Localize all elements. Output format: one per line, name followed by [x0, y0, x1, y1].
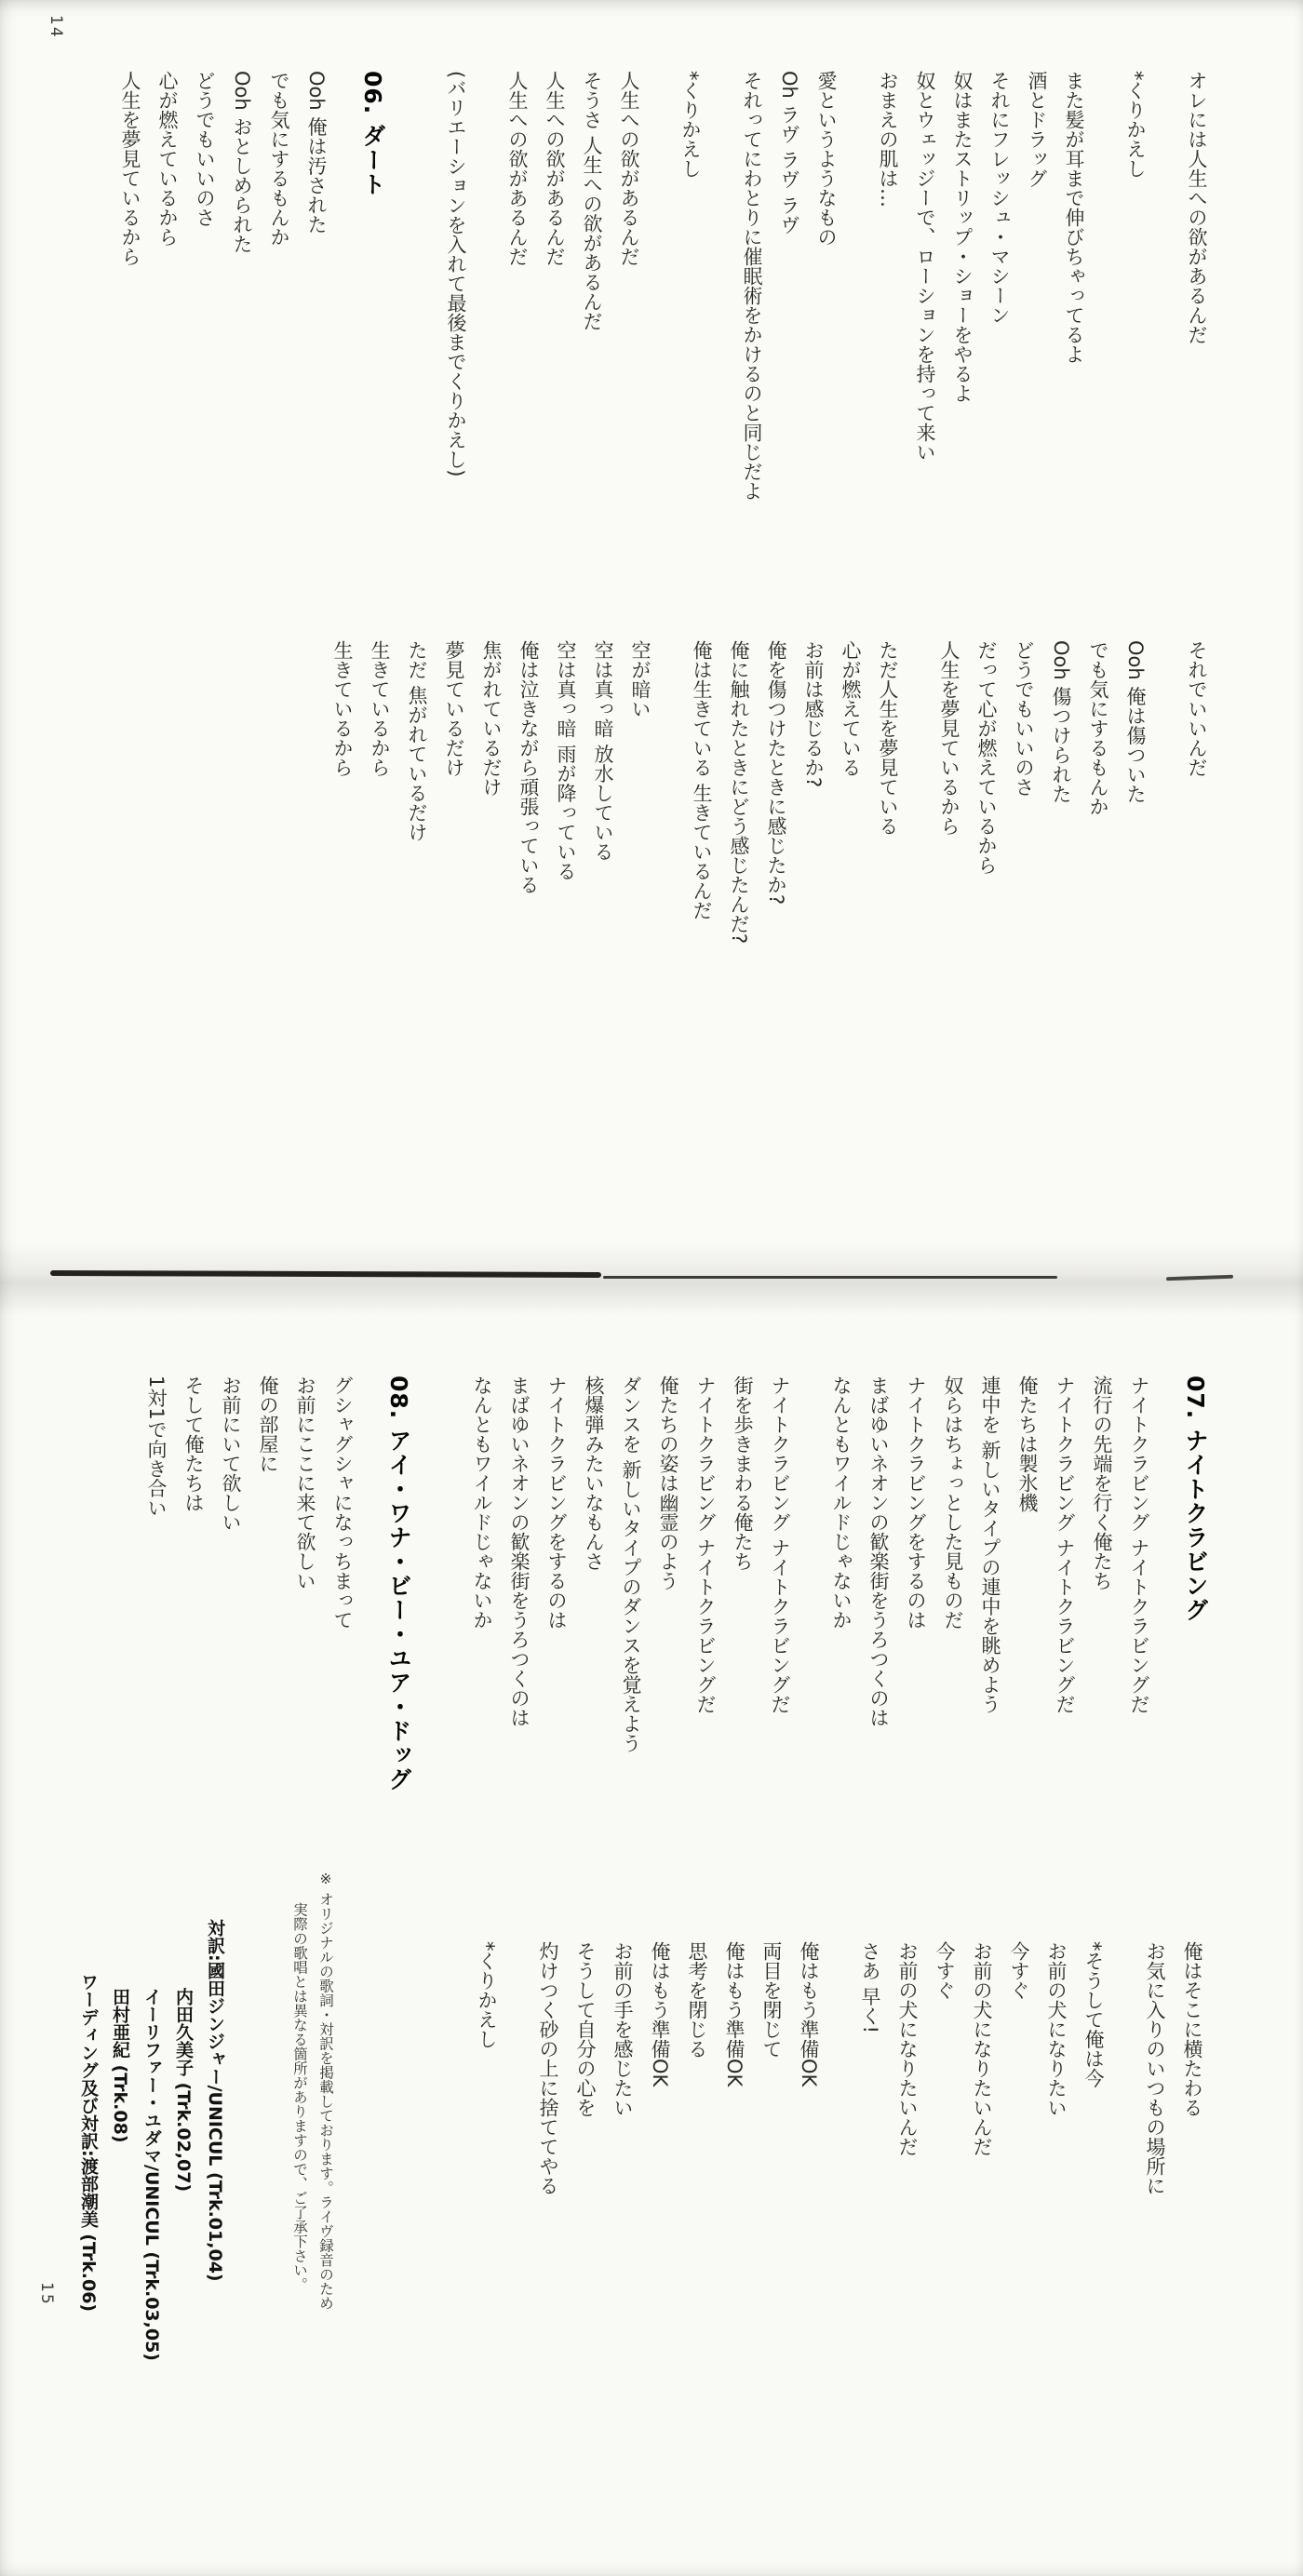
lyric-line: *くりかえし — [1117, 71, 1154, 501]
lyric-line: お前にいて欲しい — [212, 1375, 249, 1791]
lyric-line: それにフレッシュ・マシーン — [981, 71, 1018, 501]
lyric-line: 心が燃えているから — [149, 71, 186, 501]
lyric-line: ※ オリジナルの歌詞・対訳を掲載しております。ライヴ録音のため — [313, 1871, 339, 2310]
translation-credits: 対訳:國田ジンジャー/UNICUL (Trk.01,04)内田久美子 (Trk.… — [73, 1919, 231, 2361]
lyric-line: 心が燃えている — [832, 640, 869, 944]
lyric-line: 両目を閉じて — [753, 1941, 790, 2195]
page-fold-shadow — [0, 1241, 1303, 1316]
lyric-line: イーリファー・ユダマ/UNICUL (Trk.03,05) — [136, 1988, 168, 2361]
lyric-line: 俺はもう準備OK — [641, 1941, 678, 2195]
lyric-line: 人生を夢見ているから — [931, 640, 968, 944]
lyric-line: 人生への欲があるんだ — [611, 71, 648, 501]
lyric-line: 空は真っ暗 放水している — [584, 640, 622, 944]
lyric-line: そして俺たちは — [175, 1375, 212, 1791]
lyric-line: まばゆいネオンの歓楽街をうろつくのは — [501, 1375, 538, 1791]
lyric-line: お前の犬になりたいんだ — [963, 1941, 1001, 2195]
lyric-line: 対訳:國田ジンジャー/UNICUL (Trk.01,04) — [199, 1919, 231, 2361]
lyric-line: でも気にするもんか — [1080, 640, 1117, 944]
lyric-line: そうして自分の心を — [567, 1941, 604, 2195]
lyric-line: グシャグシャになっちまって — [324, 1375, 361, 1791]
lyric-line: 思考を閉じる — [678, 1941, 716, 2195]
lyric-line: お前の犬になりたいんだ — [889, 1941, 926, 2195]
lyric-line: Ooh おとしめられた — [223, 71, 261, 501]
lyric-line: 人生への欲があるんだ — [499, 71, 536, 501]
lyrics-band-track07-08: 07. ナイトクラビングナイトクラビング ナイトクラビングだ流行の先端を行く俺た… — [138, 1375, 1216, 1791]
lyric-line: そうさ 人生への欲があるんだ — [573, 71, 611, 501]
lyric-line: 酒とドラッグ — [1018, 71, 1055, 501]
lyric-line: 俺はそこに横たわる — [1174, 1941, 1211, 2195]
page-number-15: 15 — [37, 2282, 56, 2306]
lyric-line: ナイトクラビング ナイトクラビングだ — [761, 1375, 799, 1791]
lyric-line: 愛というようなもの — [808, 71, 845, 501]
lyric-line: 今すぐ — [1001, 1941, 1038, 2195]
lyric-line: ナイトクラビング ナイトクラビングだ — [687, 1375, 724, 1791]
lyric-line: *くりかえし — [672, 71, 709, 501]
lyric-line: まばゆいネオンの歓楽街をうろつくのは — [860, 1375, 897, 1791]
lyric-line: ナイトクラビング ナイトクラビングだ — [1046, 1375, 1083, 1791]
lyric-line: 俺は生きている 生きているんだ — [683, 640, 720, 944]
lyric-line: どうでもいいのさ — [186, 71, 223, 501]
lyric-line: 今すぐ — [926, 1941, 963, 2195]
lyric-line: Ooh 俺は傷ついた — [1117, 640, 1154, 944]
lyric-line: 連中を 新しいタイプの連中を眺めよう — [972, 1375, 1009, 1791]
disclaimer-note: ※ オリジナルの歌詞・対訳を掲載しております。ライヴ録音のため実際の歌唱とは異な… — [287, 1871, 339, 2310]
lyric-line: それでいいんだ — [1178, 640, 1216, 944]
page-number-14: 14 — [47, 15, 65, 39]
lyric-line: なんともワイルドじゃないか — [823, 1375, 860, 1791]
lyric-line: Ooh 俺は汚された — [298, 71, 335, 501]
lyric-line: ナイトクラビング ナイトクラビングだ — [1121, 1375, 1158, 1791]
lyric-line: 俺を傷つけたときに感じたか? — [758, 640, 795, 944]
lyric-line: また髪が耳まで伸びちゃってるよ — [1055, 71, 1093, 501]
lyric-line: 俺はもう準備OK — [790, 1941, 827, 2195]
lyric-line: 空が暗い — [622, 640, 659, 944]
lyric-line: 灼けつく砂の上に捨ててやる — [530, 1941, 567, 2195]
lyric-line: お前の手を感じたい — [604, 1941, 641, 2195]
lyric-line: 田村亜紀 (Trk.08) — [104, 1988, 136, 2361]
lyric-line: ナイトクラビングをするのは — [538, 1375, 575, 1791]
lyric-line: 俺たちの姿は幽霊のよう — [650, 1375, 687, 1791]
lyric-line: ワーディング及び対訳:渡部潮美 (Trk.06) — [73, 1973, 104, 2361]
lyric-line: おまえの肌は… — [869, 71, 907, 501]
lyric-line: 俺に触れたときにどう感じたんだ? — [720, 640, 758, 944]
lyric-line: 奴はまたストリップ・ショーをやるよ — [944, 71, 981, 501]
lyrics-band-track06-continued: それでいいんだOoh 俺は傷ついたでも気にするもんかOoh 傷つけられたどうでも… — [324, 640, 1216, 944]
lyric-line: (バリエーションを入れて最後までくりかえし) — [437, 71, 475, 501]
lyric-line: Oh ラヴ ラヴ ラヴ — [771, 71, 808, 501]
lyric-line: お気に入りのいつもの場所に — [1136, 1941, 1174, 2195]
lyric-line: 流行の先端を行く俺たち — [1083, 1375, 1121, 1791]
lyric-line: 核爆弾みたいなもんさ — [575, 1375, 612, 1791]
lyric-line: お前にここに来て欲しい — [287, 1375, 324, 1791]
lyric-line: ナイトクラビングをするのは — [897, 1375, 934, 1791]
lyric-line: どうでもいいのさ — [1005, 640, 1042, 944]
lyric-line: でも気にするもんか — [261, 71, 298, 501]
lyric-line: ダンスを 新しいタイプのダンスを覚えよう — [612, 1375, 650, 1791]
lyric-line: オレには人生への欲があるんだ — [1178, 71, 1216, 501]
page-fold-line — [603, 1276, 1057, 1279]
lyric-line: ただ人生を夢見ている — [869, 640, 907, 944]
lyric-line: それってにわとりに催眠術をかけるのと同じだよ — [733, 71, 771, 501]
lyric-line: *くりかえし — [468, 1941, 505, 2195]
lyric-line: *そうして俺は今 — [1075, 1941, 1112, 2195]
lyric-line: 俺は泣きながら頑張っている — [510, 640, 547, 944]
lyric-line: お前の犬になりたい — [1038, 1941, 1075, 2195]
lyric-line: 俺たちは製氷機 — [1009, 1375, 1046, 1791]
lyric-line: 実際の歌唱とは異なる箇所がありますので、ご了承下さい。 — [287, 1902, 313, 2310]
lyric-line: だって心が燃えているから — [968, 640, 1005, 944]
lyric-line: ただ 焦がれているだけ — [398, 640, 436, 944]
lyric-line: 俺はもう準備OK — [716, 1941, 753, 2195]
song-title: 06. ダート — [352, 71, 393, 501]
lyrics-band-track08-continued: 俺はそこに横たわるお気に入りのいつもの場所に*そうして俺は今お前の犬になりたい今… — [468, 1941, 1211, 2195]
lyric-line: お前は感じるか? — [795, 640, 832, 944]
lyric-line: 人生を夢見ているから — [112, 71, 149, 501]
lyric-line: さあ 早く! — [852, 1941, 889, 2195]
lyric-line: 俺の部屋に — [249, 1375, 287, 1791]
lyrics-band-track05-06: オレには人生への欲があるんだ*くりかえしまた髪が耳まで伸びちゃってるよ酒とドラッ… — [112, 71, 1216, 501]
lyric-line: 生きているから — [324, 640, 361, 944]
song-title: 07. ナイトクラビング — [1175, 1375, 1216, 1791]
song-title: 08. アイ・ワナ・ビー・ユア・ドッグ — [378, 1375, 419, 1791]
lyric-line: 空は真っ暗 雨が降っている — [547, 640, 584, 944]
lyric-line: 1対1で向き合い — [138, 1375, 175, 1791]
lyric-line: 人生への欲があるんだ — [536, 71, 573, 501]
lyric-line: 内田久美子 (Trk.02,07) — [168, 1988, 199, 2361]
lyric-line: Ooh 傷つけられた — [1042, 640, 1080, 944]
lyric-line: 夢見ているだけ — [436, 640, 473, 944]
lyric-line: 焦がれているだけ — [473, 640, 510, 944]
lyric-line: 街を歩きまわる俺たち — [724, 1375, 761, 1791]
lyric-line: 奴とウェッジーで、ローションを持って来い — [907, 71, 944, 501]
lyric-line: 生きているから — [361, 640, 398, 944]
lyric-line: なんともワイルドじゃないか — [463, 1375, 501, 1791]
lyric-line: 奴らはちょっとした見ものだ — [934, 1375, 972, 1791]
